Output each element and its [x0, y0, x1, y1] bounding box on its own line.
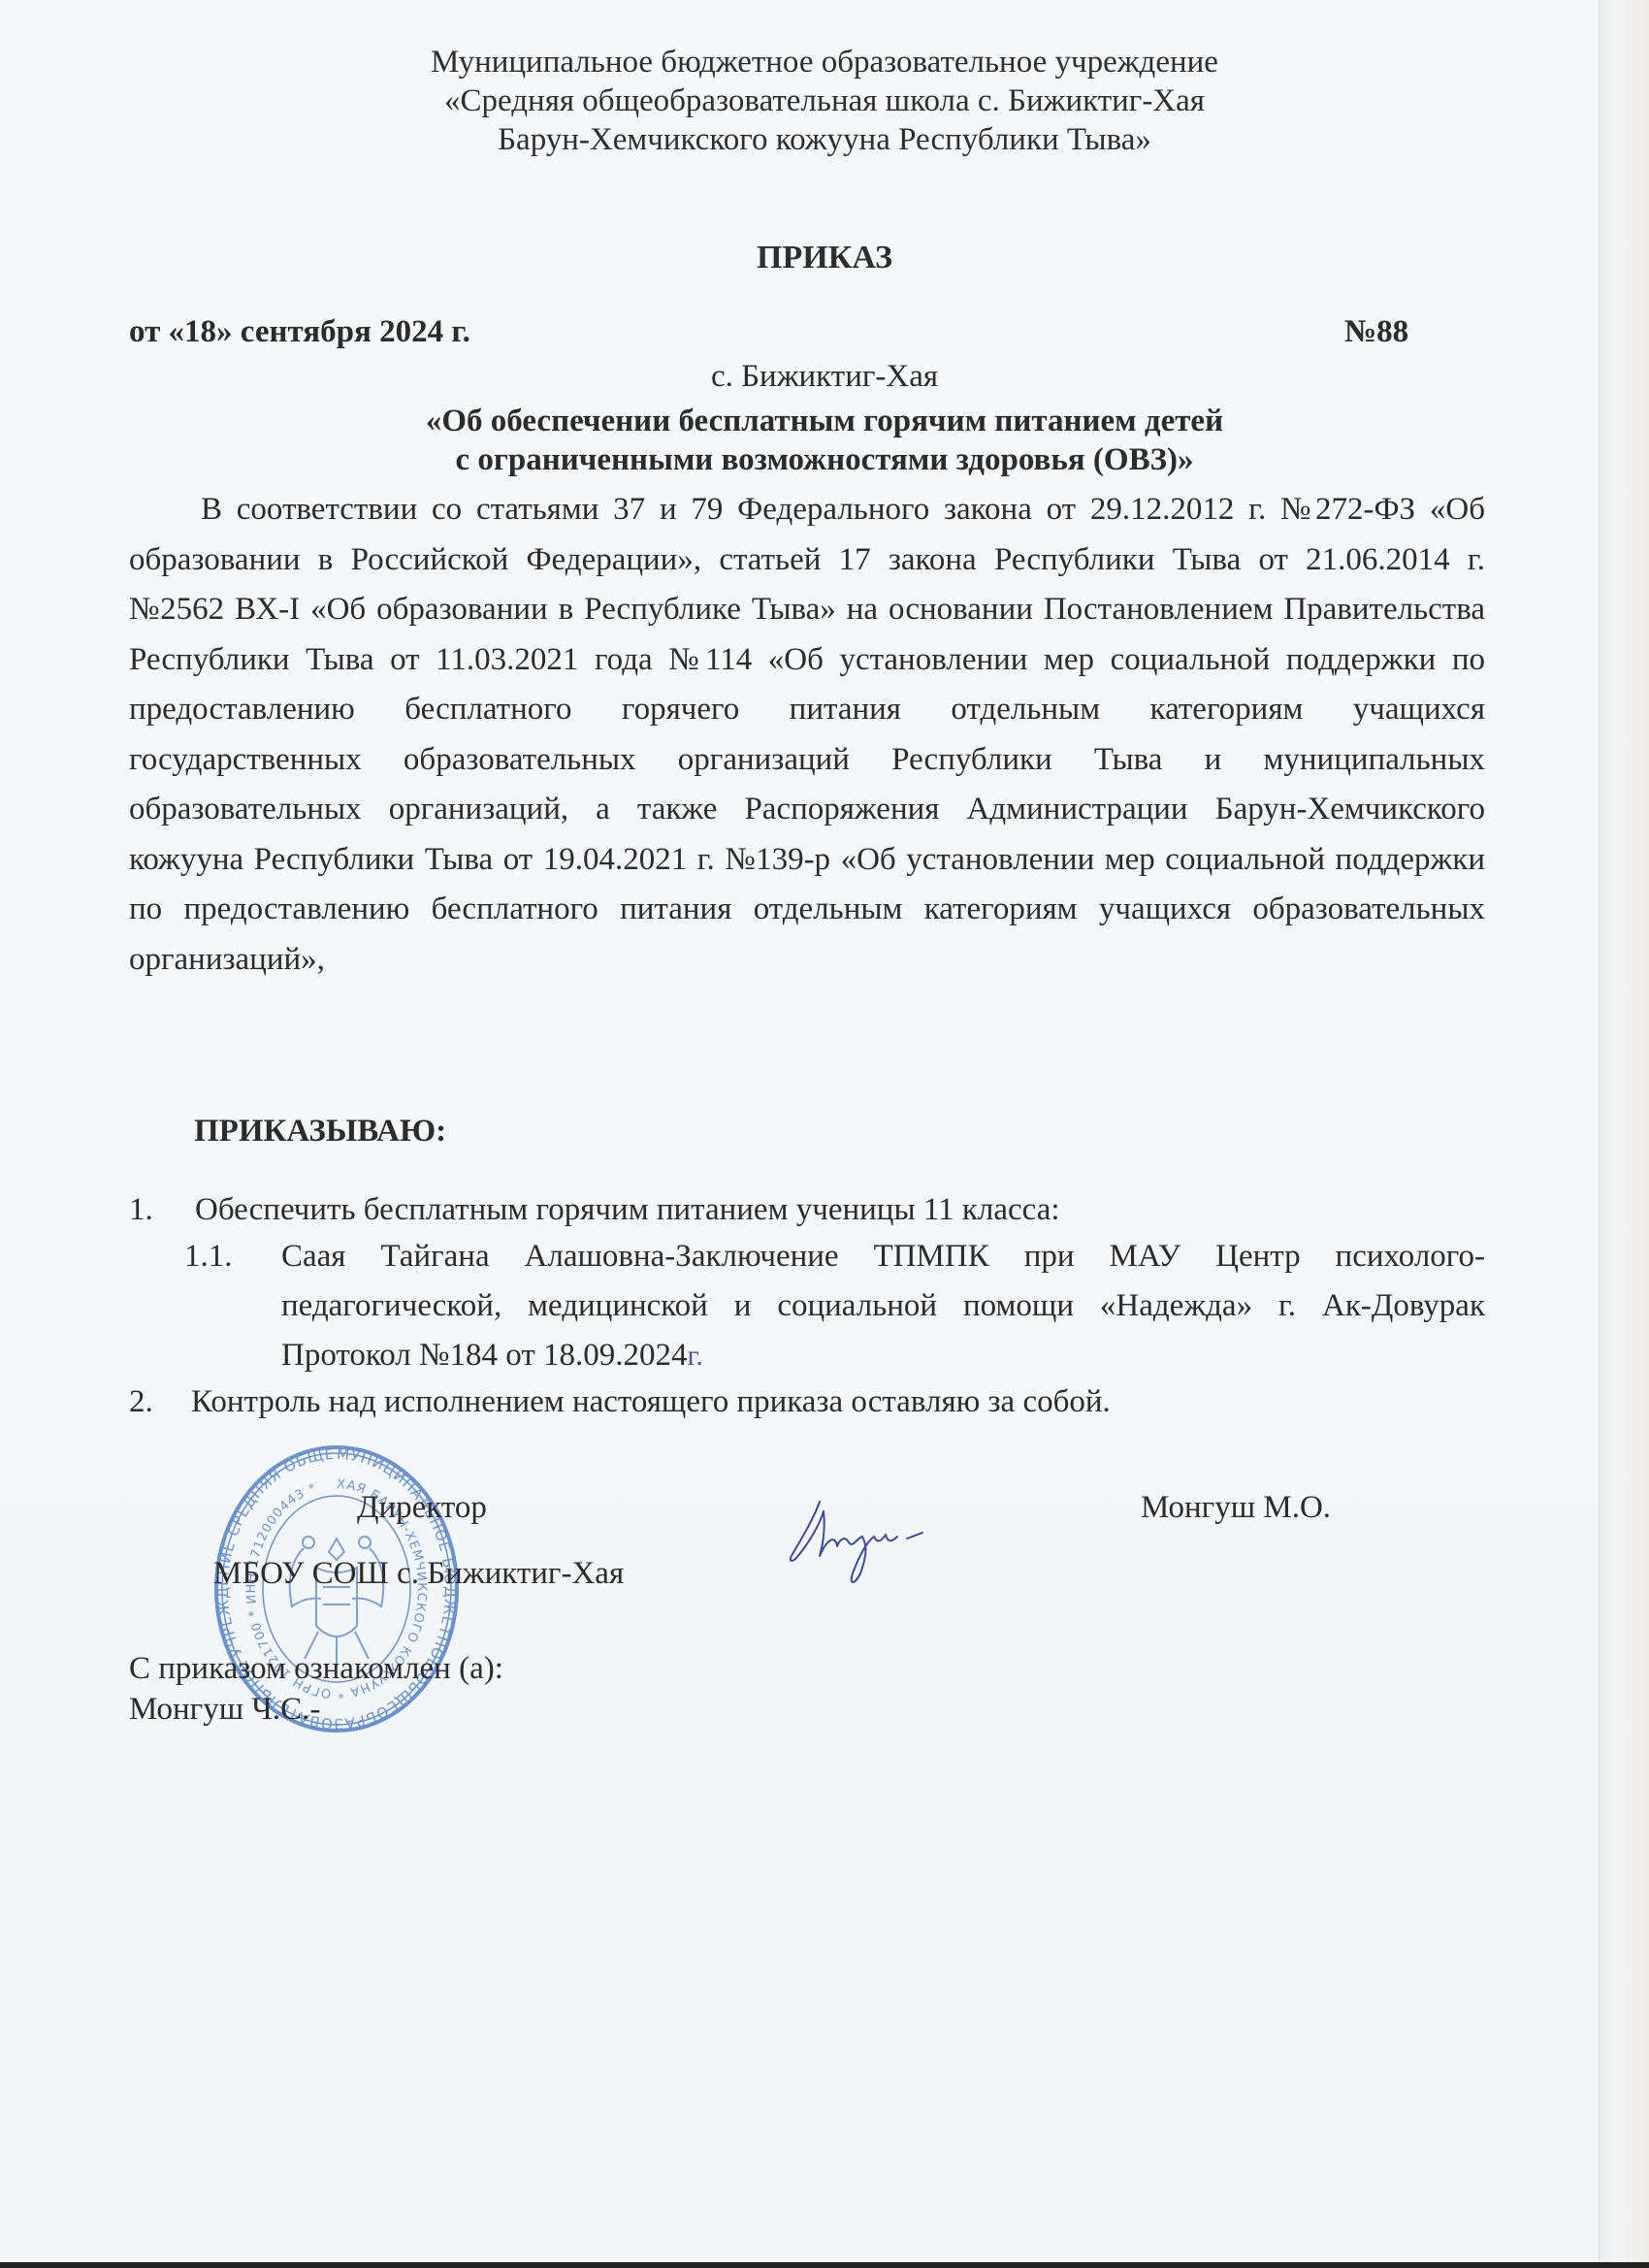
institution-header: Муниципальное бюджетное образовательное …	[0, 43, 1649, 159]
order-subject: «Об обеспечении бесплатным горячим питан…	[0, 402, 1649, 479]
list-item-text-wrapper: Саая Тайгана Алашовна-Заключение ТПМПК п…	[281, 1232, 1485, 1380]
list-item-text: Контроль над исполнением настоящего прик…	[191, 1377, 1111, 1427]
header-line-2: «Средняя общеобразовательная школа с. Би…	[0, 81, 1649, 120]
header-line-3: Барун-Хемчикского кожууна Республики Тыв…	[0, 120, 1649, 159]
order-number: №88	[1344, 314, 1408, 350]
order-date: от «18» сентября 2024 г.	[129, 314, 470, 350]
acknowledgement-label: С приказом ознакомлен (а):	[129, 1651, 503, 1687]
list-item-text: Саая Тайгана Алашовна-Заключение ТПМПК п…	[281, 1239, 1485, 1373]
document-page: Муниципальное бюджетное образовательное …	[0, 0, 1599, 2262]
list-item-number: 1.1.	[184, 1232, 233, 1281]
list-item-text: Обеспечить бесплатным горячим питанием у…	[195, 1185, 1060, 1235]
list-item-1-1: 1.1. Саая Тайгана Алашовна-Заключение ТП…	[184, 1232, 1485, 1380]
signatory-name: Монгуш М.О.	[1141, 1490, 1331, 1526]
subject-line-2: с ограниченными возможностями здоровья (…	[0, 440, 1649, 479]
signatory-title: Директор	[357, 1490, 487, 1526]
acknowledgement-name: Монгуш Ч.С.-	[129, 1692, 320, 1728]
list-item-number: 1.	[129, 1185, 153, 1235]
handwritten-mark: г.	[688, 1340, 703, 1372]
subject-line-1: «Об обеспечении бесплатным горячим питан…	[0, 402, 1649, 440]
list-item-number: 2.	[129, 1377, 153, 1427]
header-line-1: Муниципальное бюджетное образовательное …	[0, 43, 1649, 81]
signatory-organization: МБОУ СОШ с. Бижиктиг-Хая	[213, 1556, 624, 1592]
scan-bottom-edge	[0, 2262, 1649, 2268]
preamble-paragraph: В соответствии со статьями 37 и 79 Федер…	[129, 485, 1485, 985]
handwritten-signature-icon	[781, 1484, 946, 1591]
order-directive-label: ПРИКАЗЫВАЮ:	[194, 1114, 446, 1150]
document-title: ПРИКАЗ	[0, 240, 1649, 276]
scan-page-edge	[1599, 0, 1649, 2268]
order-place: с. Бижиктиг-Хая	[0, 359, 1649, 395]
